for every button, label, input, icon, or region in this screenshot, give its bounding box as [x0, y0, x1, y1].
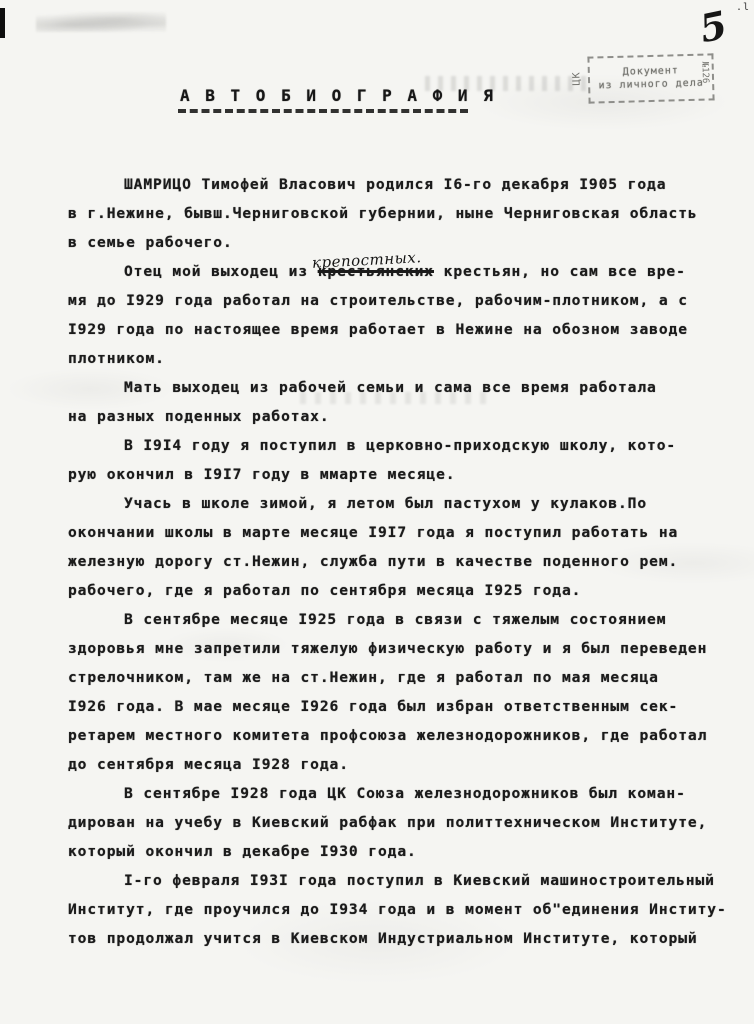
- typed-line: рабочего, где я работал по сентября меся…: [68, 576, 740, 605]
- typed-line: плотником.: [68, 344, 740, 373]
- typed-line: железную дорогу ст.Нежин, служба пути в …: [68, 547, 740, 576]
- stamp-line-2: из личного дела: [590, 76, 712, 92]
- archive-stamp: ЦК Документ из личного дела №126: [587, 53, 714, 103]
- pencil-smudge: [36, 12, 166, 32]
- typed-line: Мать выходец из рабочей семьи и сама все…: [68, 373, 740, 402]
- typed-line: который окончил в декабре I930 года.: [68, 837, 740, 866]
- stamp-side-right-text: №126: [700, 62, 711, 84]
- title-underline: [178, 109, 468, 113]
- typed-line: мя до I929 года работал на строительстве…: [68, 286, 740, 315]
- typed-line: ретарем местного комитета профсоюза желе…: [68, 721, 740, 750]
- typed-line: I-го февраля I93I года поступил в Киевск…: [68, 866, 740, 895]
- scan-edge-mark: [0, 8, 5, 38]
- document-title: А В Т О Б И О Г Р А Ф И Я: [180, 86, 496, 105]
- struck-word: крестьянскихкрепостных.: [318, 263, 434, 280]
- handwritten-page-number: 5: [696, 2, 731, 52]
- typed-line: В сентябре I928 года ЦК Союза железнодор…: [68, 779, 740, 808]
- typed-line: ШАМРИЦО Тимофей Власович родился I6-го д…: [68, 170, 740, 199]
- typed-line: В сентябре месяце I925 года в связи с тя…: [68, 605, 740, 634]
- typed-line: I926 года. В мае месяце I926 года был из…: [68, 692, 740, 721]
- typed-line: на разных поденных работах.: [68, 402, 740, 431]
- typed-text: Отец мой выходец из: [124, 263, 318, 280]
- typed-line: окончании школы в марте месяце I9I7 года…: [68, 518, 740, 547]
- typed-line: до сентября месяца I928 года.: [68, 750, 740, 779]
- typed-line: В I9I4 году я поступил в церковно-приход…: [68, 431, 740, 460]
- typed-body: ШАМРИЦО Тимофей Власович родился I6-го д…: [68, 170, 740, 953]
- typed-line: тов продолжал учится в Киевском Индустри…: [68, 924, 740, 953]
- typed-line: Отец мой выходец из крестьянскихкрепостн…: [68, 257, 740, 286]
- typed-line: Учась в школе зимой, я летом был пастухо…: [68, 489, 740, 518]
- corner-mark: .l: [736, 2, 750, 13]
- handwritten-correction: крепостных.: [311, 243, 422, 278]
- typed-text: крестьян, но сам все вре-: [434, 263, 686, 280]
- typed-line: дирован на учебу в Киевский рабфак при п…: [68, 808, 740, 837]
- typed-line: Институт, где проучился до I934 года и в…: [68, 895, 740, 924]
- typed-line: рую окончил в I9I7 году в ммарте месяце.: [68, 460, 740, 489]
- typed-line: I929 года по настоящее время работает в …: [68, 315, 740, 344]
- typed-line: стрелочником, там же на ст.Нежин, где я …: [68, 663, 740, 692]
- stamp-side-left-text: ЦК: [571, 71, 582, 85]
- typed-line: в г.Нежине, бывш.Черниговской губернии, …: [68, 199, 740, 228]
- typed-line: здоровья мне запретили тяжелую физическу…: [68, 634, 740, 663]
- scanned-document-page: .l 5 ЦК Документ из личного дела №126 А …: [0, 0, 754, 1024]
